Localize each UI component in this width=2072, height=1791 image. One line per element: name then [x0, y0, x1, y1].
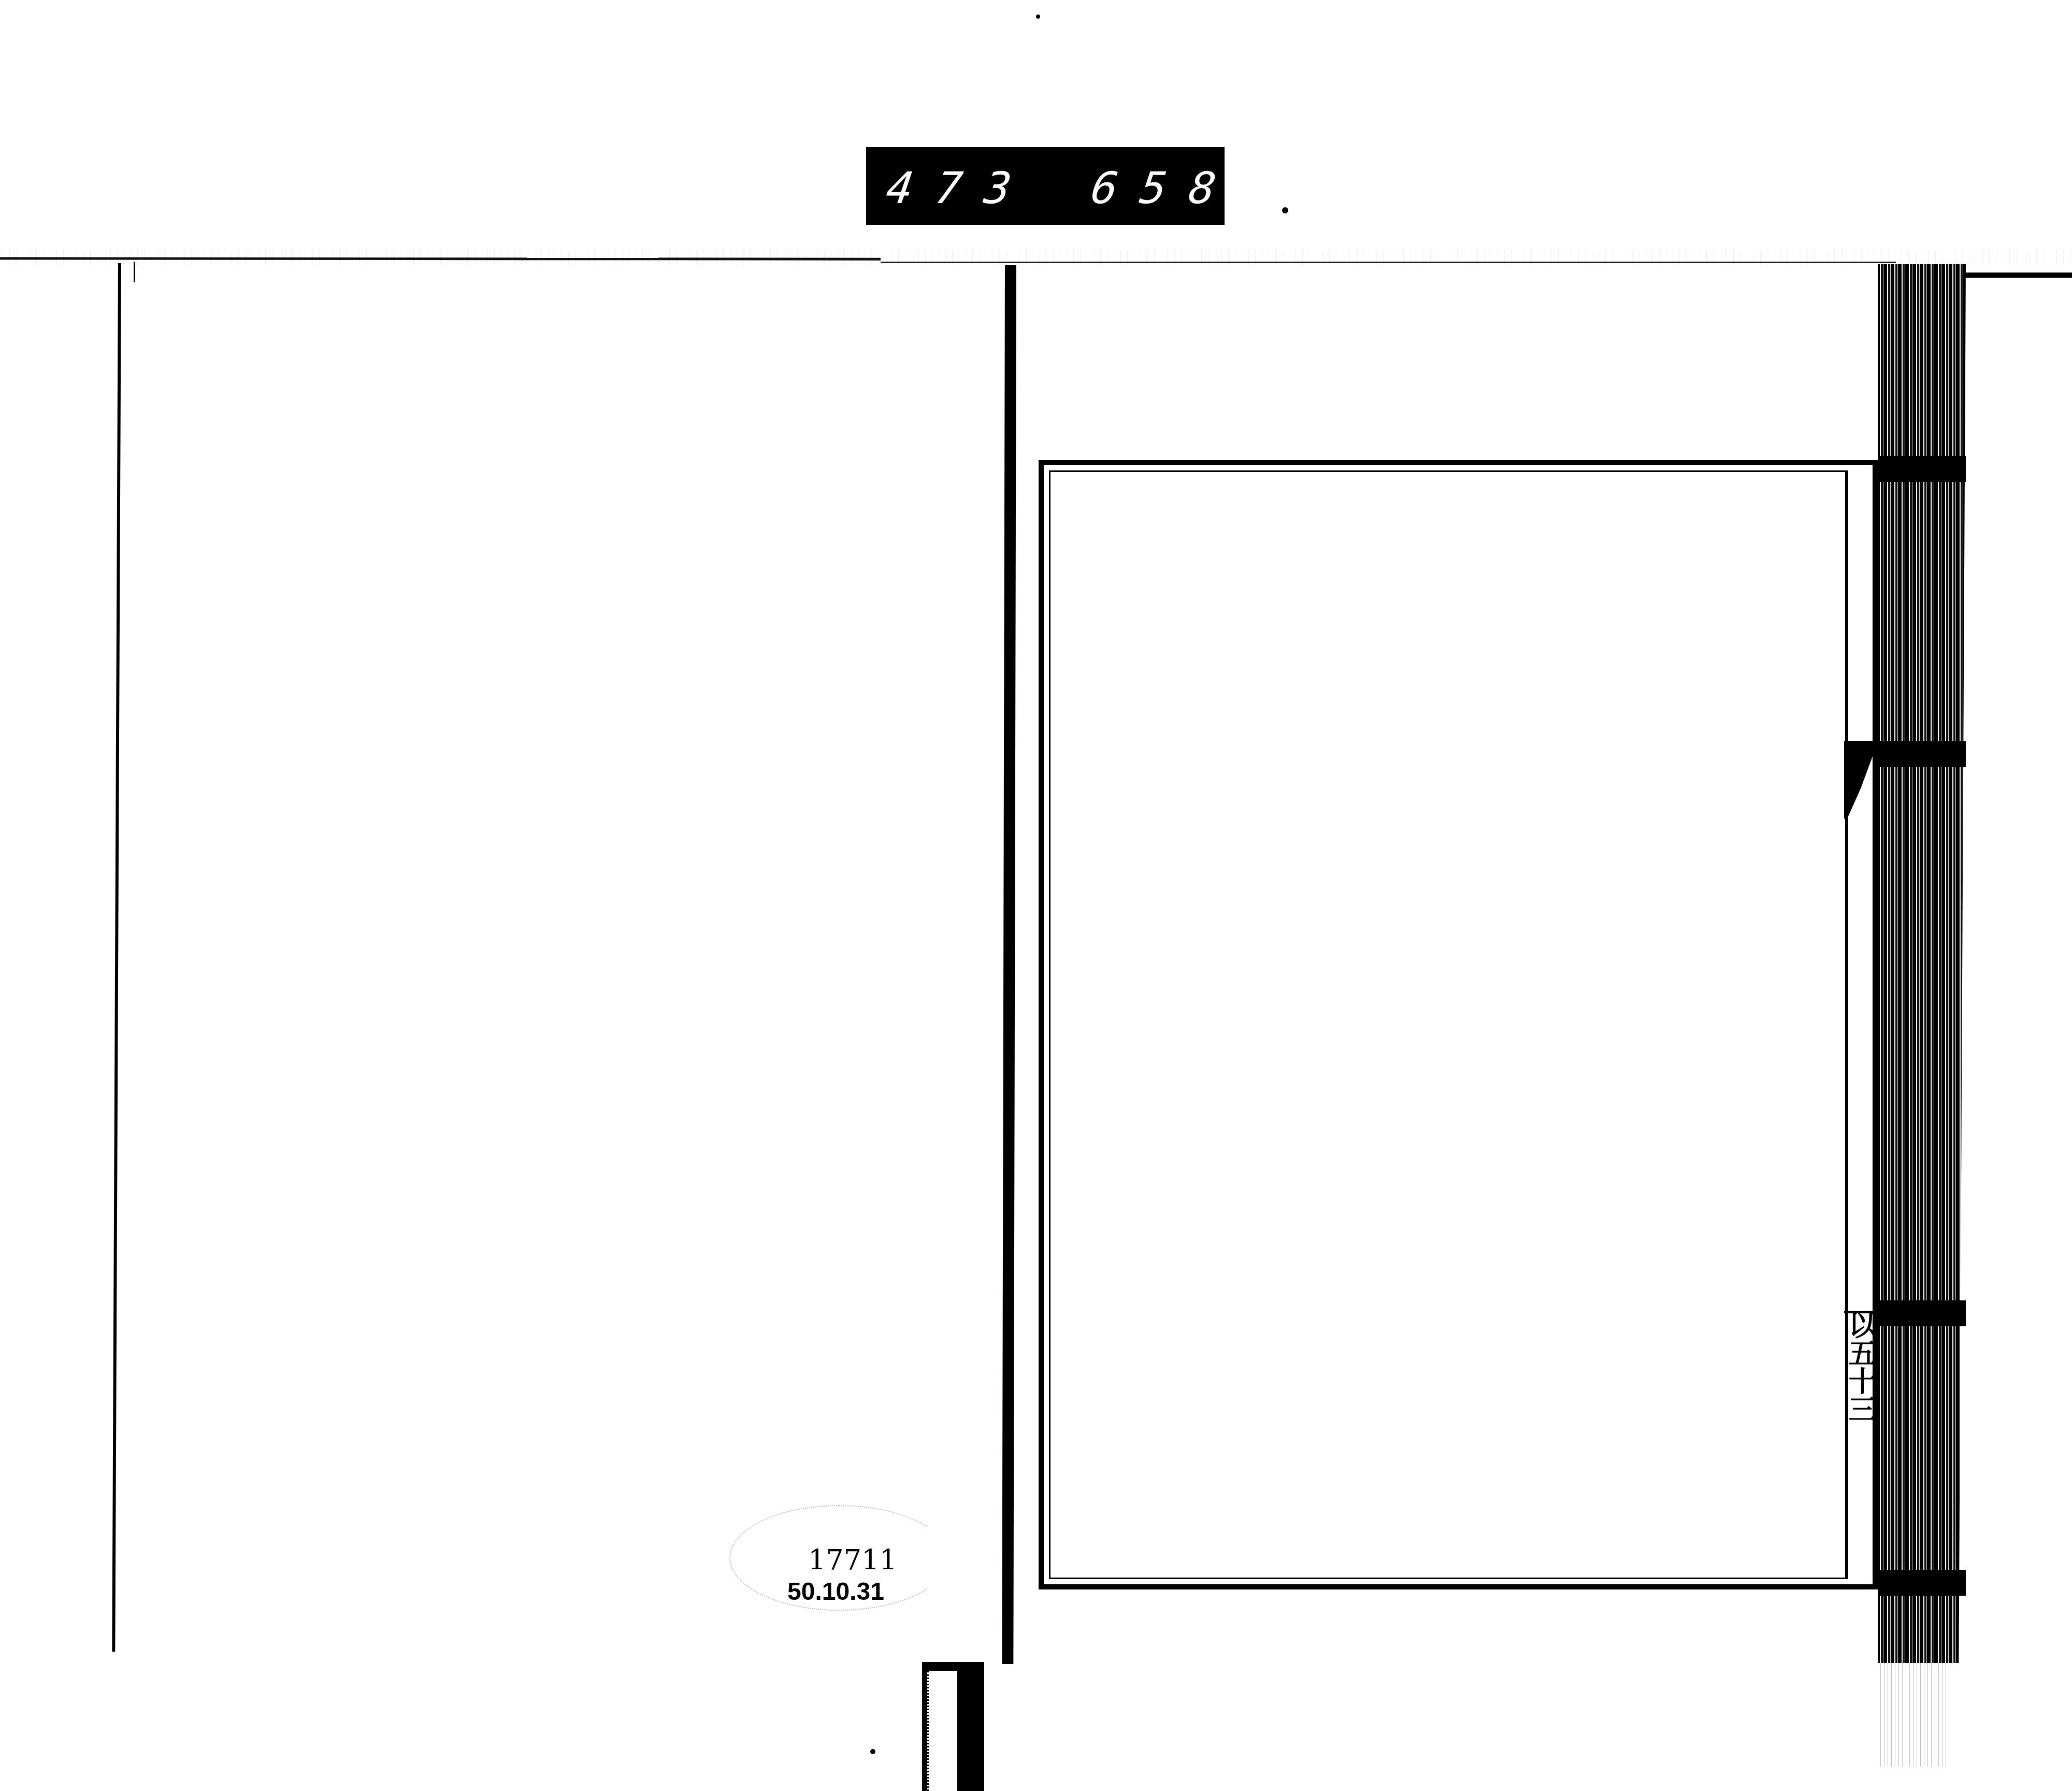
book-gutter — [1002, 265, 1016, 1664]
page-border-inner — [1049, 470, 1848, 1579]
left-page-edge — [112, 263, 121, 1652]
stamp-date: 50.10.31 — [787, 1578, 884, 1606]
gutter-shadow — [927, 1671, 957, 1791]
speck — [1282, 207, 1288, 213]
left-page-edge — [134, 262, 135, 282]
book-leaf-edge-tail — [1880, 1663, 1948, 1767]
speck — [1036, 15, 1040, 19]
binding-thread — [1878, 1570, 1966, 1596]
microfilm-frame-label: 473 658. — [866, 147, 1225, 225]
reel-number: 473 — [883, 163, 1037, 213]
speck — [870, 1749, 875, 1754]
stamp-accession-number: 17711 — [808, 1544, 897, 1577]
binding-thread — [1878, 741, 1966, 767]
binding-thread — [1878, 1300, 1966, 1326]
margin-page-annotation: 以五十三 — [1847, 1311, 1874, 1423]
binding-thread — [1878, 456, 1966, 482]
page-top-edge — [1963, 273, 2072, 278]
page-top-edge — [881, 262, 1896, 263]
frame-number: 658. — [1088, 163, 1291, 213]
